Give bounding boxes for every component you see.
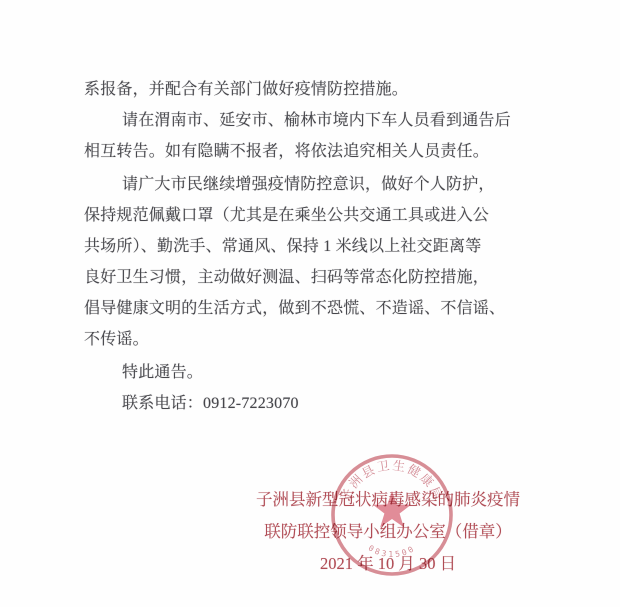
- body-line-2: 请在渭南市、延安市、榆林市境内下车人员看到通告后: [84, 105, 536, 136]
- body-line-9: 不传谣。: [84, 324, 536, 355]
- issuer-line-2: 联防联控领导小组办公室（借章）: [253, 516, 523, 548]
- body-line-7: 良好卫生习惯，主动做好测温、扫码等常态化防控措施，: [84, 262, 536, 293]
- body-line-5: 保持规范佩戴口罩（尤其是在乘坐公共交通工具或进入公: [84, 200, 536, 231]
- body-line-10: 特此通告。: [84, 357, 536, 388]
- body-line-3: 相互转告。如有隐瞒不报者，将依法追究相关人员责任。: [84, 136, 536, 167]
- body-line-4: 请广大市民继续增强疫情防控意识，做好个人防护，: [84, 169, 536, 200]
- body-line-11: 联系电话：0912-7223070: [84, 388, 536, 419]
- body-line-6: 共场所）、勤洗手、常通风、保持 1 米线以上社交距离等: [84, 231, 536, 262]
- issuer-line-1: 子洲县新型冠状病毒感染的肺炎疫情: [253, 484, 523, 516]
- signature-block: 子洲县新型冠状病毒感染的肺炎疫情 联防联控领导小组办公室（借章） 2021 年 …: [253, 484, 523, 580]
- scanned-notice-page: 系报备，并配合有关部门做好疫情防控措施。 请在渭南市、延安市、榆林市境内下车人员…: [0, 0, 620, 607]
- body-line-8: 倡导健康文明的生活方式，做到不恐慌、不造谣、不信谣、: [84, 293, 536, 324]
- notice-body: 系报备，并配合有关部门做好疫情防控措施。 请在渭南市、延安市、榆林市境内下车人员…: [84, 74, 536, 419]
- issue-date: 2021 年 10 月 30 日: [253, 548, 523, 580]
- body-line-1: 系报备，并配合有关部门做好疫情防控措施。: [84, 74, 536, 105]
